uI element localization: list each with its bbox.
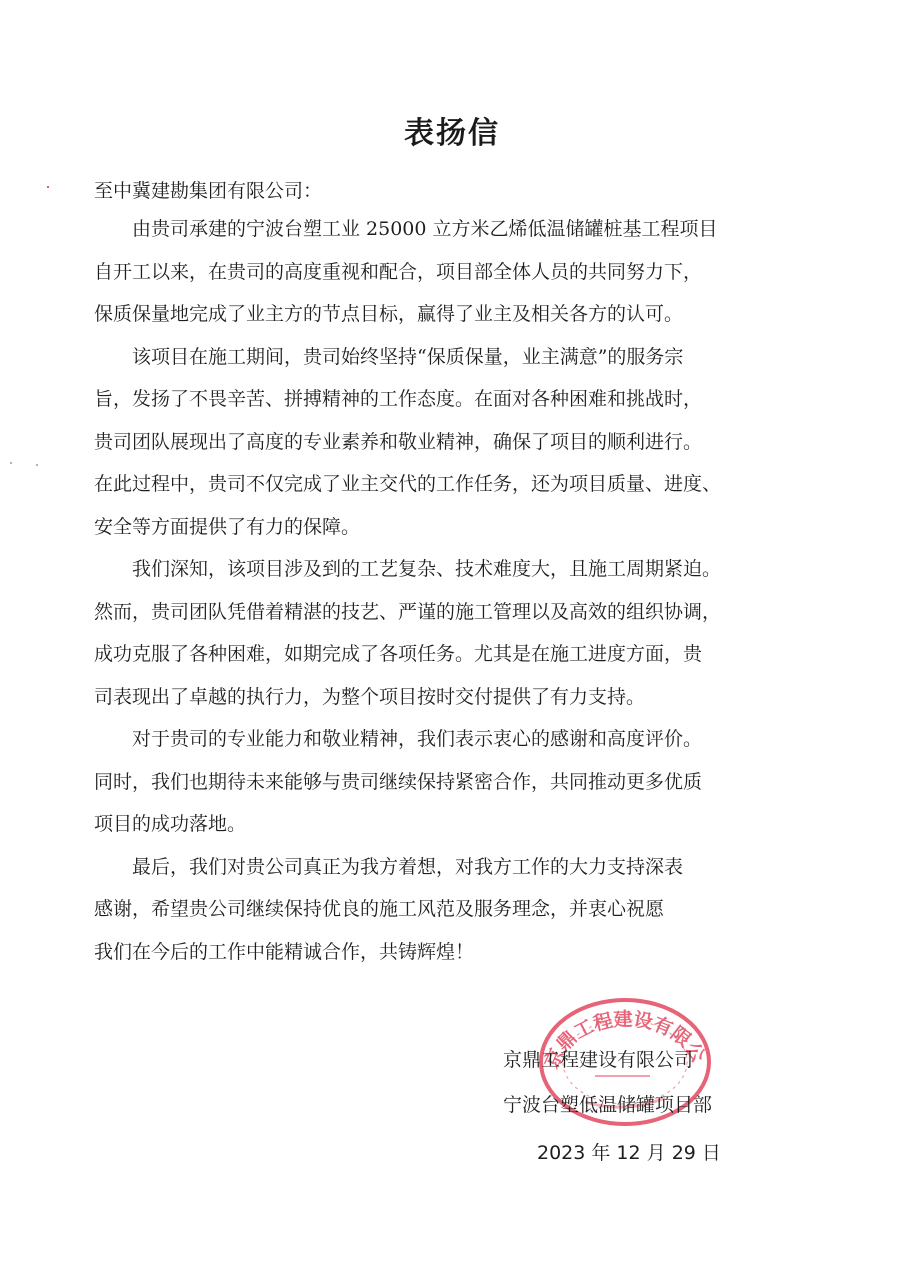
text-line: 在此过程中，贵司不仅完成了业主交代的工作任务，还为项目质量、进度、 [94,463,809,506]
text-line: 同时，我们也期待未来能够与贵司继续保持紧密合作，共同推动更多优质 [94,761,809,804]
text-line: 保质保量地完成了业主方的节点目标，赢得了业主及相关各方的认可。 [94,293,809,336]
text-line: 对于贵司的专业能力和敬业精神，我们表示衷心的感谢和高度评价。 [94,718,809,761]
text-line: 我们在今后的工作中能精诚合作，共铸辉煌！ [94,931,809,974]
text-line: 最后，我们对贵公司真正为我方着想，对我方工作的大力支持深表 [94,846,809,889]
text-line: 由贵司承建的宁波台塑工业 25000 立方米乙烯低温储罐桩基工程项目 [94,208,809,251]
scan-speck [36,464,38,466]
signature-date: 2023 年 12 月 29 日 [537,1138,721,1165]
signature-company: 京鼎工程建设有限公司 [503,1045,693,1072]
paragraph-5: 最后，我们对贵公司真正为我方着想，对我方工作的大力支持深表 感谢，希望贵公司继续… [94,846,809,974]
text-line: 项目的成功落地。 [94,803,809,846]
paragraph-1: 由贵司承建的宁波台塑工业 25000 立方米乙烯低温储罐桩基工程项目 自开工以来… [94,208,809,336]
paragraph-3: 我们深知，该项目涉及到的工艺复杂、技术难度大，且施工周期紧迫。 然而，贵司团队凭… [94,548,809,718]
text-line: 该项目在施工期间，贵司始终坚持“保质保量，业主满意”的服务宗 [94,336,809,379]
text-line: 自开工以来，在贵司的高度重视和配合，项目部全体人员的共同努力下， [94,251,809,294]
scan-speck [10,462,12,464]
letter-body: 由贵司承建的宁波台塑工业 25000 立方米乙烯低温储罐桩基工程项目 自开工以来… [94,208,809,973]
text-line: 旨，发扬了不畏辛苦、拼搏精神的工作态度。在面对各种困难和挑战时， [94,378,809,421]
paragraph-2: 该项目在施工期间，贵司始终坚持“保质保量，业主满意”的服务宗 旨，发扬了不畏辛苦… [94,336,809,549]
letter-title: 表扬信 [0,108,904,152]
text-line: 司表现出了卓越的执行力，为整个项目按时交付提供了有力支持。 [94,676,809,719]
paragraph-4: 对于贵司的专业能力和敬业精神，我们表示衷心的感谢和高度评价。 同时，我们也期待未… [94,718,809,846]
signature-department: 宁波台塑低温储罐项目部 [503,1090,712,1117]
text-line: 然而，贵司团队凭借着精湛的技艺、严谨的施工管理以及高效的组织协调， [94,591,809,634]
text-line: 我们深知，该项目涉及到的工艺复杂、技术难度大，且施工周期紧迫。 [94,548,809,591]
text-line: 成功克服了各种困难，如期完成了各项任务。尤其是在施工进度方面，贵 [94,633,809,676]
text-line: 感谢，希望贵公司继续保持优良的施工风范及服务理念，并衷心祝愿 [94,888,809,931]
scan-speck [47,186,49,188]
text-line: 安全等方面提供了有力的保障。 [94,506,809,549]
letter-page: 表扬信 至中冀建勘集团有限公司： 由贵司承建的宁波台塑工业 25000 立方米乙… [0,0,904,1268]
text-line: 贵司团队展现出了高度的专业素养和敬业精神，确保了项目的顺利进行。 [94,421,809,464]
